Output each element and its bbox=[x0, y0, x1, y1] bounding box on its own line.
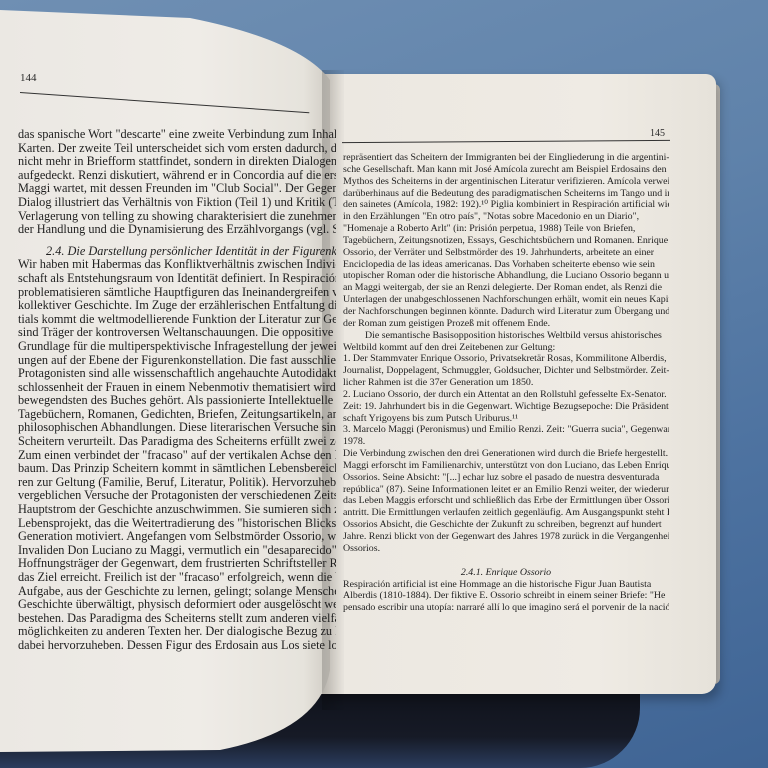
text-line: in den Erzählungen "En otro país", "Nota… bbox=[343, 211, 669, 223]
text-line: baum. Das Prinzip Scheitern kommt in säm… bbox=[18, 462, 336, 476]
text-line: Mythos des Scheiterns in der argentinisc… bbox=[343, 176, 669, 188]
text-line: an Maggi weitergab, der sie an Renzi del… bbox=[343, 282, 669, 294]
text-line: den sainetes (Amícola, 1982: 192).¹⁰ Pig… bbox=[343, 199, 669, 211]
text-line: bestehen. Das Paradigma des Scheiterns s… bbox=[18, 612, 336, 626]
text-line: pensado escribir una utopía: narraré all… bbox=[343, 602, 669, 614]
right-paragraph-2: Die semantische Basisopposition historis… bbox=[343, 330, 669, 354]
list-item-line: 1978. bbox=[343, 436, 669, 448]
text-line: Scheitern verurteilt. Das Paradigma des … bbox=[18, 435, 336, 449]
right-paragraph-4: Respiración artificial ist eine Hommage … bbox=[343, 579, 669, 615]
text-line: Weltbild kommt auf den drei Zeitebenen z… bbox=[343, 342, 669, 354]
text-line: Zum einen verbindet der "fracaso" auf de… bbox=[18, 449, 336, 463]
text-line: darüberhinaus auf die Bedeutung des para… bbox=[343, 188, 669, 200]
text-line: tials kommt die weltmodellierende Funkti… bbox=[18, 313, 336, 327]
text-line: ungen auf der Ebene der Figurenkonstella… bbox=[18, 354, 336, 368]
text-line: Ossorio, der Verräter und Selbstmörder d… bbox=[343, 247, 669, 259]
text-line: república" (87). Seine Informationen lei… bbox=[343, 484, 669, 496]
text-line: aufgedeckt. Renzi diskutiert, während er… bbox=[18, 169, 336, 183]
right-paragraph-3: Die Verbindung zwischen den drei Generat… bbox=[343, 448, 669, 555]
text-line: antritt. Die Ermittlungen verlaufen zeit… bbox=[343, 507, 669, 519]
list-item-line: 1. Der Stammvater Enrique Ossorio, Priva… bbox=[343, 353, 669, 365]
text-line: das Leben Maggis erforscht und schließli… bbox=[343, 495, 669, 507]
text-line: das Ziel erreicht. Freilich ist der "fra… bbox=[18, 571, 336, 585]
text-line: Generation motiviert. Angefangen vom Sel… bbox=[18, 530, 336, 544]
list-item-line: Zeit: 19. Jahrhundert bis in die Gegenwa… bbox=[343, 401, 669, 413]
text-line: sind Träger der kontroversen Weltanschau… bbox=[18, 326, 336, 340]
text-line: Hoffnungsträger der Gegenwart, dem frust… bbox=[18, 557, 336, 571]
subsection-heading: 2.4.1. Enrique Ossorio bbox=[343, 567, 669, 579]
text-line: problematisieren sämtliche Hauptfiguren … bbox=[18, 286, 336, 300]
text-line: Invaliden Don Luciano zu Maggi, vermutli… bbox=[18, 544, 336, 558]
text-line: Die semantische Basisopposition historis… bbox=[343, 330, 669, 342]
right-page-number: 145 bbox=[650, 128, 665, 139]
list-item-line: 2. Luciano Ossorio, der durch ein Attent… bbox=[343, 389, 669, 401]
text-line: Grundlage für die multiperspektivische I… bbox=[18, 340, 336, 354]
text-line: Wir haben mit Habermas das Konfliktverhä… bbox=[18, 258, 336, 272]
text-line: das spanische Wort "descarte" eine zweit… bbox=[18, 128, 336, 142]
left-page-number: 144 bbox=[20, 72, 37, 84]
text-line: der Nachforschungen beginnen könnte. Dad… bbox=[343, 306, 669, 318]
text-line: repräsentiert das Scheitern der Immigran… bbox=[343, 152, 669, 164]
list-item-line: schaft Yrigoyens bis zum Putsch Uriburus… bbox=[343, 413, 669, 425]
left-page-body: das spanische Wort "descarte" eine zweit… bbox=[18, 128, 336, 653]
list-item-line: Journalist, Doppelagent, Schmuggler, Gol… bbox=[343, 365, 669, 377]
text-line: schaft als Entstehungsraum von Identität… bbox=[18, 272, 336, 286]
text-line: Lebensprojekt, das die Weitertradierung … bbox=[18, 517, 336, 531]
text-line: sche Gesellschaft. Man kann mit José Amí… bbox=[343, 164, 669, 176]
section-heading: 2.4. Die Darstellung persönlicher Identi… bbox=[18, 245, 336, 259]
text-line: Aufgabe, aus der Geschichte zu lernen, g… bbox=[18, 585, 336, 599]
text-line: dabei hervorzuheben. Dessen Figur des Er… bbox=[18, 639, 336, 653]
text-line: Tagebüchern, Zeitungsnotizen, Essays, Ge… bbox=[343, 235, 669, 247]
text-line: Verlagerung von telling zu showing chara… bbox=[18, 210, 336, 224]
text-line: Die Verbindung zwischen den drei Generat… bbox=[343, 448, 669, 460]
text-line: Karten. Der zweite Teil unterscheidet si… bbox=[18, 142, 336, 156]
left-paragraph-2: Wir haben mit Habermas das Konfliktverhä… bbox=[18, 258, 336, 652]
right-paragraph-1: repräsentiert das Scheitern der Immigran… bbox=[343, 152, 669, 330]
text-line: Maggi erforscht im Familienarchiv, unter… bbox=[343, 460, 669, 472]
left-paragraph-1: das spanische Wort "descarte" eine zweit… bbox=[18, 128, 336, 237]
text-line: Alberdis (1810-1884). Der fiktive E. Oss… bbox=[343, 590, 669, 602]
text-line: Dialog illustriert das Verhältnis von Fi… bbox=[18, 196, 336, 210]
text-line: vergeblichen Versuche der Protagonisten … bbox=[18, 489, 336, 503]
text-line: bewegendsten des Buches gehört. Als pass… bbox=[18, 394, 336, 408]
right-page-body: repräsentiert das Scheitern der Immigran… bbox=[343, 152, 669, 614]
text-line: schlossenheit der Frauen in einem Nebenm… bbox=[18, 381, 336, 395]
text-line: ren zur Geltung (Familie, Beruf, Literat… bbox=[18, 476, 336, 490]
text-line: Maggi wartet, mit dessen Freunden im "Cl… bbox=[18, 182, 336, 196]
text-line: Hauptstrom der Geschichte anzuschwimmen.… bbox=[18, 503, 336, 517]
text-line: utopischer Roman oder die historische Ab… bbox=[343, 270, 669, 282]
text-line: Respiración artificial ist eine Hommage … bbox=[343, 579, 669, 591]
text-line: Ossorios. Seine Absicht: "[...] echar lu… bbox=[343, 472, 669, 484]
text-line: Tagebüchern, Romanen, Gedichten, Briefen… bbox=[18, 408, 336, 422]
text-line: kollektiver Geschichte. Im Zuge der erzä… bbox=[18, 299, 336, 313]
list-item-line: licher Rahmen ist die 37er Generation um… bbox=[343, 377, 669, 389]
text-line: Protagonisten sind alle wissenschaftlich… bbox=[18, 367, 336, 381]
list-item-line: 3. Marcelo Maggi (Peronismus) und Emilio… bbox=[343, 424, 669, 436]
text-line: nicht mehr in Briefform stattfindet, son… bbox=[18, 155, 336, 169]
text-line: der Handlung und die Dynamisierung des E… bbox=[18, 223, 336, 237]
text-line: "Homenaje a Roberto Arlt" (in: Prisión p… bbox=[343, 223, 669, 235]
text-line: Geschichte überwältigt, physisch deformi… bbox=[18, 598, 336, 612]
text-line: philosophischen Abhandlungen. Diese lite… bbox=[18, 421, 336, 435]
text-line: der Roman zum geistigen Prozeß mit offen… bbox=[343, 318, 669, 330]
text-line: Jahre. Renzi blickt von der Gegenwart de… bbox=[343, 531, 669, 543]
text-line: möglichkeiten zu anderen Texten her. Der… bbox=[18, 625, 336, 639]
text-line: Ossorios Absicht, die Geschichte der Zuk… bbox=[343, 519, 669, 531]
text-line: Unterlagen der unabgeschlossenen Nachfor… bbox=[343, 294, 669, 306]
text-line: Ossorios. bbox=[343, 543, 669, 555]
text-line: Enciclopedia de las ideas americanas. Da… bbox=[343, 259, 669, 271]
generation-list: 1. Der Stammvater Enrique Ossorio, Priva… bbox=[343, 353, 669, 448]
